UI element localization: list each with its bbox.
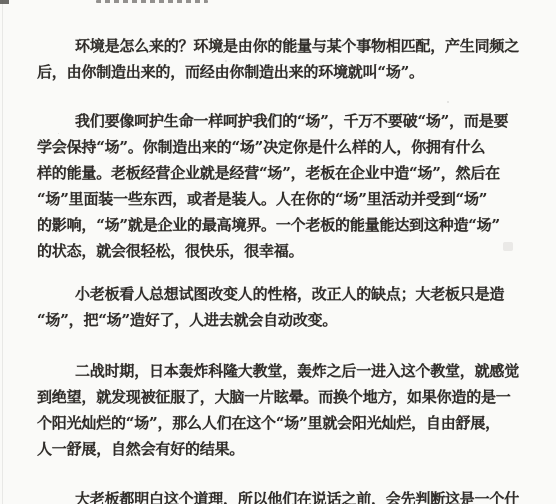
text-line: 后，由你制造出来的，而经由你制造出来的环境就叫“场”。 xyxy=(37,59,528,85)
text-line-cropped: 大老板都明白这个道理，所以他们在说话之前，会先判断这是一个什 xyxy=(37,486,528,504)
scan-noise-speck xyxy=(225,60,227,62)
text-line: 的状态，就会很轻松，很快乐，很幸福。 xyxy=(37,238,528,264)
text-line: 人一舒展，自然会有好的结果。 xyxy=(37,436,528,462)
text-line: 个阳光灿烂的“场”，那么人们在这个“场”里就会阳光灿烂，自由舒展， xyxy=(37,410,528,436)
scanned-book-page: 环境是怎么来的？环境是由你的能量与某个事物相匹配，产生同频之 后，由你制造出来的… xyxy=(0,0,556,504)
text-line: 的影响，“场”就是企业的最高境界。一个老板的能量能达到这种造“场” xyxy=(37,212,528,238)
scan-edge-line xyxy=(2,0,3,504)
scan-artifact-corner xyxy=(0,0,9,4)
text-line: 样的能量。老板经营企业就是经营“场”，老板在企业中造“场”，然后在 xyxy=(37,160,528,186)
scan-noise-speck xyxy=(447,101,449,103)
paragraph-environment-origin: 环境是怎么来的？环境是由你的能量与某个事物相匹配，产生同频之 后，由你制造出来的… xyxy=(37,33,528,85)
text-line: 我们要像呵护生命一样呵护我们的“场”，千万不要破“场”，而是要 xyxy=(37,108,528,134)
text-line: 到绝望，就发现被征服了，大脑一片眩晕。而换个地方，如果你造的是一 xyxy=(37,384,528,410)
text-line: 小老板看人总想试图改变人的性格，改正人的缺点；大老板只是造 xyxy=(37,281,528,307)
text-line: 二战时期，日本轰炸科隆大教堂，轰炸之后一进入这个教堂，就感觉 xyxy=(37,358,528,384)
text-line: 学会保持“场”。你制造出来的“场”决定你是什么样的人，你拥有什么 xyxy=(37,134,528,160)
scan-noise-speck xyxy=(120,252,121,253)
paragraph-bottom-cropped: 大老板都明白这个道理，所以他们在说话之前，会先判断这是一个什 xyxy=(37,486,528,504)
scan-noise-speck xyxy=(58,133,59,134)
paragraph-protect-the-field: 我们要像呵护生命一样呵护我们的“场”，千万不要破“场”，而是要 学会保持“场”。… xyxy=(37,108,528,264)
text-line: “场”，把“场”造好了，人进去就会自动改变。 xyxy=(37,307,528,333)
scan-smudge xyxy=(503,242,513,251)
paragraph-cathedral-example: 二战时期，日本轰炸科隆大教堂，轰炸之后一进入这个教堂，就感觉 到绝望，就发现被征… xyxy=(37,358,528,462)
text-line: “场”里面装一些东西，或者是装人。人在你的“场”里活动并受到“场” xyxy=(37,186,528,212)
text-line: 环境是怎么来的？环境是由你的能量与某个事物相匹配，产生同频之 xyxy=(37,33,528,59)
paragraph-small-vs-big-boss: 小老板看人总想试图改变人的性格，改正人的缺点；大老板只是造 “场”，把“场”造好… xyxy=(37,281,528,333)
scan-noise-speck xyxy=(291,36,292,37)
page-text: 环境是怎么来的？环境是由你的能量与某个事物相匹配，产生同频之 后，由你制造出来的… xyxy=(37,0,528,504)
